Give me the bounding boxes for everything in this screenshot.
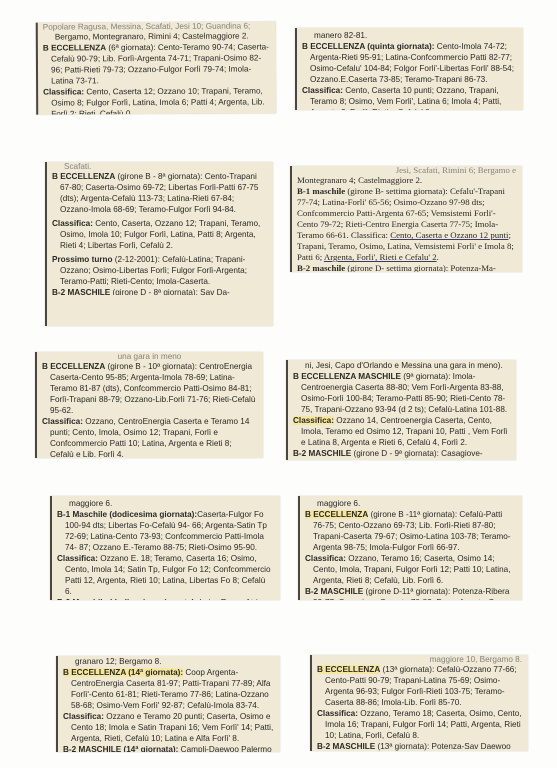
clipping-settima-giornata: Jesi, Scafati, Rimini 6; Bergamo e Monte…	[290, 166, 522, 272]
league-heading: B ECCELLENZA	[52, 172, 115, 181]
clipping-9a-giornata: ni, Jesi, Capo d'Orlando e Messina una g…	[286, 360, 516, 460]
clipping-quinta-giornata: manero 82-81. B ECCELLENZA (quinta giorn…	[295, 28, 523, 110]
clip-cut-text: una gara in meno	[42, 352, 257, 361]
standings-label: Classifica:	[293, 416, 334, 425]
clip-results: B ECCELLENZA (13ª giornata): Cefalù-Ozza…	[317, 664, 522, 708]
clip-results: B ECCELLENZA (quinta giornata): Cento-Im…	[302, 41, 517, 85]
clip-results: B ECCELLENZA (14ª giornata): Coop Argent…	[63, 667, 274, 711]
clip-standings: Classifica: Ozzano, Teramo 18; Caserta, …	[317, 708, 522, 741]
standings-label: Classifica:	[317, 709, 358, 718]
standings-label: Classifica:	[302, 86, 343, 95]
footer-text: Luiss Roma-Atri-	[197, 598, 260, 600]
clipping-6a-giornata: Popolare Ragusa, Messina, Scafati, Jesi …	[36, 21, 276, 114]
league-heading: B ECCELLENZA	[43, 43, 106, 52]
clip-cut-text: Jesi, Scafati, Rimini 6; Bergamo e	[297, 166, 516, 175]
league-heading: B-1 Maschile (dodicesima giornata):	[57, 510, 197, 519]
league-heading: B ECCELLENZA (14ª giornata):	[63, 668, 183, 677]
end-text: .	[437, 252, 439, 262]
clip-footer: B-2 MASCHILE (girone D - 9ª giornata): C…	[293, 448, 510, 458]
clipping-13a-giornata: maggiore 10, Bergamo 8. B ECCELLENZA (13…	[310, 655, 528, 751]
clip-lead-text: ni, Jesi, Capo d'Orlando e Messina una g…	[293, 360, 510, 371]
clip-results: B ECCELLENZA (girone B - 8ª giornata): C…	[52, 171, 267, 215]
standings-label: Classifica:	[42, 417, 83, 426]
clipping-11a-giornata: maggiore 6. B ECCELLENZA (girone B -11ª …	[298, 496, 522, 600]
clipping-14a-giornata: granaro 12; Bergamo 8. B ECCELLENZA (14ª…	[56, 656, 280, 752]
clip-results: B ECCELLENZA (girone B - 10ª giornata): …	[42, 361, 257, 416]
clip-cut-text: maggiore 10, Bergamo 8.	[317, 655, 522, 664]
standings-label: Classifica:	[57, 554, 98, 563]
footer-heading: B-2 Maschile (dodicesima giornata):	[57, 598, 197, 600]
clip-footer: B-2 MASCHILE (14ª giornata): Campli-Daew…	[63, 744, 274, 752]
league-heading: B ECCELLENZA	[317, 665, 380, 674]
standings-label: Classifica:	[43, 87, 84, 96]
clip-results: B-1 Maschile (dodicesima giornata):Caser…	[57, 509, 274, 553]
clipping-dodicesima-giornata: maggiore 6. B-1 Maschile (dodicesima gio…	[50, 496, 280, 600]
clip-standings: Classifica: Cento, Caserta, Ozzano 12; T…	[52, 218, 267, 251]
clip-lead-text: maggiore 6.	[57, 498, 274, 509]
standings-label: Classifica:	[52, 219, 93, 228]
clip-footer: B-2 MASCHILE (girone D - 8ª giornata): S…	[52, 287, 267, 295]
clip-standings: Classifica: Cento, Caserta 12; Ozzano 10…	[43, 85, 270, 114]
clip-footer: B-2 Maschile (dodicesima giornata): Luis…	[57, 597, 274, 600]
clip-footer: B-2 MASCHILE (girone D-11ª giornata): Po…	[305, 586, 516, 600]
clipping-8a-giornata: Scafati. B ECCELLENZA (girone B - 8ª gio…	[45, 162, 273, 326]
clip-footer: B-2 MASCHILE (13ª giornata): Potenza-Sav…	[317, 741, 522, 751]
clip-standings: Classifica: Cento, Caserta 10 punti; Ozz…	[302, 85, 517, 110]
clip-standings: Classifica: Ozzano 14, Centroenergia Cas…	[293, 415, 510, 448]
clip-standings: Classifica: Ozzano E. 18; Teramo, Casert…	[57, 553, 274, 597]
clip-lead-text: manero 82-81.	[302, 30, 517, 41]
footer-text: (girone D- settima giornata): Potenza-Ma…	[345, 263, 496, 272]
league-heading: B-1 maschile	[297, 186, 345, 196]
league-heading: B ECCELLENZA	[42, 362, 105, 371]
clip-lead-text: granaro 12; Bergamo 8.	[63, 656, 274, 667]
footer-heading: B-2 MASCHILE	[317, 742, 375, 751]
clip-results: B-1 maschile (girone B- settima giornata…	[297, 186, 516, 263]
clip-results: B ECCELLENZA (girone B -11ª giornata): C…	[305, 509, 516, 553]
clip-lead-text: maggiore 6.	[305, 498, 516, 509]
league-heading: B ECCELLENZA (quinta giornata):	[302, 42, 435, 51]
footer-heading: B-2 MASCHILE	[52, 288, 110, 295]
clip-standings: Classifica: Ozzano, Teramo 16; Caserta, …	[305, 553, 516, 586]
league-heading: B ECCELLENZA	[305, 510, 368, 519]
underlined-bottom: Argenta, Forli', Rieti e Cefalu' 2	[324, 252, 437, 262]
footer-heading: B-2 maschile	[297, 263, 345, 272]
footer-text: (girone D - 8ª giornata): Sav Da-	[110, 288, 230, 295]
standings-label: Classifica:	[63, 712, 104, 721]
clip-standings: Classifica: Ozzano e Teramo 20 punti; Ca…	[63, 711, 274, 744]
clip-cut-text: Scafati.	[52, 162, 267, 171]
clip-results: B ECCELLENZA (6ª giornata): Cento-Teramo…	[43, 41, 270, 86]
standings-text: Cento, Caserta 12; Ozzano 10; Trapani, T…	[51, 86, 264, 114]
footer-heading: B-2 MASCHILE	[293, 449, 351, 458]
footer-heading: B-2 MASCHILE	[305, 587, 363, 596]
clip-footer: B-2 maschile (girone D- settima giornata…	[297, 263, 516, 272]
clipping-10a-giornata: una gara in meno B ECCELLENZA (girone B …	[35, 352, 263, 458]
league-heading: B ECCELLENZA MASCHILE	[293, 372, 401, 381]
footer-heading: B-2 MASCHILE (14ª giornata):	[63, 745, 178, 752]
underlined-leaders: Cento, Caserta e Ozzano 12 punti	[390, 230, 508, 240]
clip-standings: Classifica: Ozzano, CentroEnergia Casert…	[42, 416, 257, 458]
clip-cut-text: Popolare Ragusa, Messina, Scafati, Jesi …	[43, 21, 270, 31]
clip-results: B ECCELLENZA MASCHILE (9ª giornata): Imo…	[293, 371, 510, 415]
standings-label: Classifica:	[305, 554, 346, 563]
clip-next-round: Prossimo turno (2-12-2001): Cefalù-Latin…	[52, 254, 267, 287]
next-round-label: Prossimo turno	[52, 255, 113, 264]
clip-lead-text: Montegranaro 4; Castelmaggiore 2.	[297, 175, 516, 186]
